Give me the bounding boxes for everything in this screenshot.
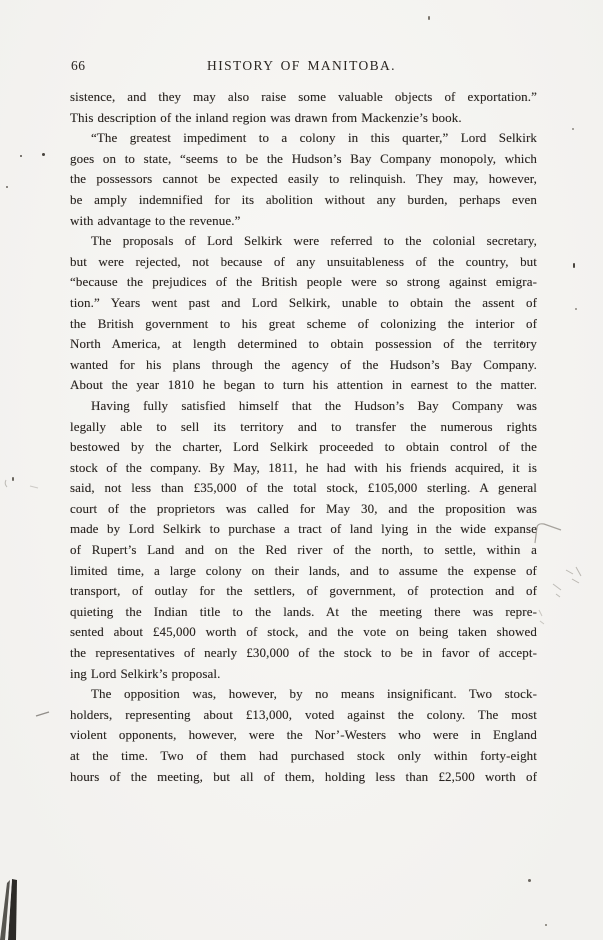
scanned-book-page: 66 HISTORY OF MANITOBA. sistence, and th… [0, 0, 603, 940]
running-title: HISTORY OF MANITOBA. [0, 58, 603, 74]
text-line: the British government to his great sche… [70, 314, 537, 335]
scan-speck [573, 263, 575, 268]
text-line: “because the prejudices of the British p… [70, 272, 537, 293]
text-line: Having fully satisfied himself that the … [70, 396, 537, 417]
text-line: court of the proprietors was called for … [70, 499, 537, 520]
text-line: at the time. Two of them had purchased s… [70, 746, 537, 767]
text-line: North America, at length determined to o… [70, 334, 537, 355]
page-body: sistence, and they may also raise some v… [70, 87, 537, 787]
text-line: violent opponents, however, were the Nor… [70, 725, 537, 746]
text-line: ing Lord Selkirk’s proposal. [70, 664, 537, 685]
text-line: The opposition was, however, by no means… [70, 684, 537, 705]
text-line: with advantage to the revenue.” [70, 211, 537, 232]
text-line: but were rejected, not because of any un… [70, 252, 537, 273]
text-line: limited time, a large colony on their la… [70, 561, 537, 582]
scan-speck [6, 186, 8, 188]
text-line: the possessors cannot be expected easily… [70, 169, 537, 190]
scan-speck [572, 128, 574, 130]
scan-speck [428, 16, 430, 20]
scan-speck [528, 879, 531, 882]
scan-speck [575, 308, 577, 310]
text-line: said, not less than £35,000 of the total… [70, 478, 537, 499]
text-line: holders, representing about £13,000, vot… [70, 705, 537, 726]
text-line: be amply indemnified for its abolition w… [70, 190, 537, 211]
text-line: goes on to state, “seems to be the Hudso… [70, 149, 537, 170]
scan-speck [545, 924, 547, 926]
text-line: quieting the Indian title to the lands. … [70, 602, 537, 623]
page-header: 66 HISTORY OF MANITOBA. [0, 58, 603, 76]
text-line: tion.” Years went past and Lord Selkirk,… [70, 293, 537, 314]
text-line: The proposals of Lord Selkirk were refer… [70, 231, 537, 252]
text-line: About the year 1810 he began to turn his… [70, 375, 537, 396]
text-line: sistence, and they may also raise some v… [70, 87, 537, 108]
text-line: “The greatest impediment to a colony in … [70, 128, 537, 149]
text-line: sented about £45,000 worth of stock, and… [70, 622, 537, 643]
scan-speck [42, 153, 45, 156]
text-line: of Rupert’s Land and on the Red river of… [70, 540, 537, 561]
scan-speck [12, 477, 14, 481]
text-line: stock of the company. By May, 1811, he h… [70, 458, 537, 479]
text-line: wanted for his plans through the agency … [70, 355, 537, 376]
text-line: bestowed by the charter, Lord Selkirk pr… [70, 437, 537, 458]
text-line: hours of the meeting, but all of them, h… [70, 767, 537, 788]
text-line: This description of the inland region wa… [70, 108, 537, 129]
text-line: made by Lord Selkirk to purchase a tract… [70, 519, 537, 540]
text-line: legally able to sell its territory and t… [70, 417, 537, 438]
text-line: transport, of outlay for the settlers, o… [70, 581, 537, 602]
page-edge-artifact [0, 878, 26, 940]
scan-speck [20, 155, 22, 157]
text-line: the representatives of nearly £30,000 of… [70, 643, 537, 664]
